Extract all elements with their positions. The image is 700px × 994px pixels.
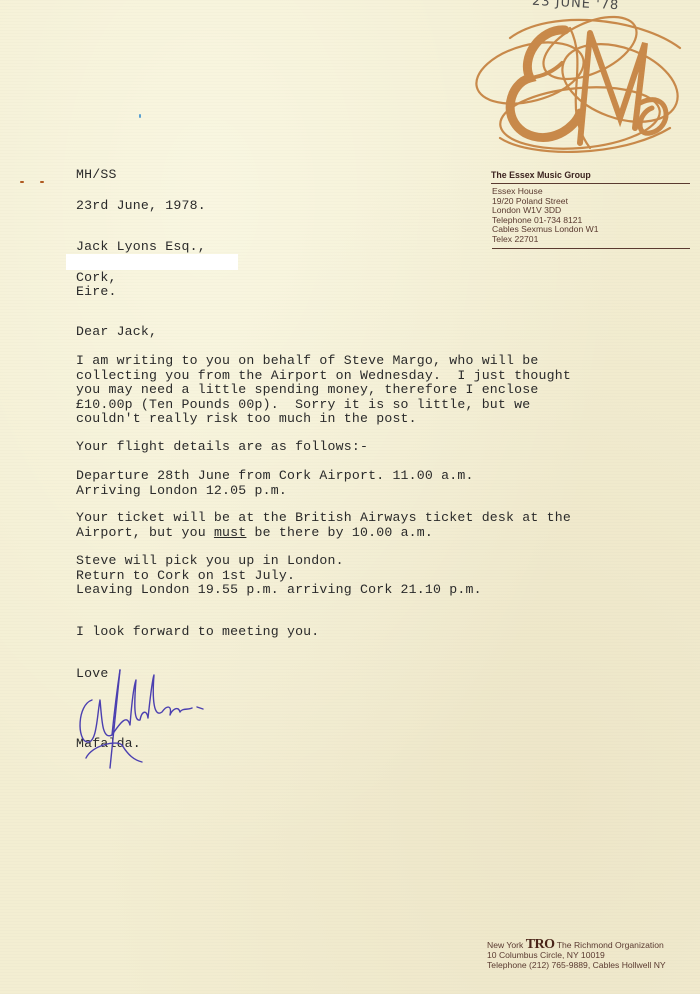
paragraph-intro: I am writing to you on behalf of Steve M… <box>76 354 571 427</box>
text-line: Arriving London 12.05 p.m. <box>76 484 474 499</box>
handwritten-signature <box>72 660 212 770</box>
text-line: Airport, but you must be there by 10.00 … <box>76 526 571 541</box>
text-segment: be there by 10.00 a.m. <box>246 525 433 540</box>
telex-line: Telex 22701 <box>492 235 690 245</box>
text-line: collecting you from the Airport on Wedne… <box>76 369 571 384</box>
text-segment: Airport, but you <box>76 525 214 540</box>
paper-mark <box>139 114 141 118</box>
text-line: Return to Cork on 1st July. <box>76 569 482 584</box>
text-line: you may need a little spending money, th… <box>76 383 571 398</box>
paragraph-return: Steve will pick you up in London. Return… <box>76 554 482 598</box>
footer-line: 10 Columbus Circle, NY 10019 <box>487 950 666 960</box>
text-line: Steve will pick you up in London. <box>76 554 482 569</box>
text-line: £10.00p (Ten Pounds 00p). Sorry it is so… <box>76 398 571 413</box>
letterhead-address-block: The Essex Music Group Essex House 19/20 … <box>492 170 690 249</box>
footer-org: The Richmond Organization <box>557 940 664 950</box>
paper-mark <box>40 181 44 183</box>
paragraph-closing: I look forward to meeting you. <box>76 625 319 640</box>
paragraph-flight-intro: Your flight details are as follows:- <box>76 440 368 455</box>
underlined-emphasis: must <box>214 525 246 540</box>
text-line: Departure 28th June from Cork Airport. 1… <box>76 469 474 484</box>
recipient-name: Jack Lyons Esq., <box>76 240 206 255</box>
paragraph-departure: Departure 28th June from Cork Airport. 1… <box>76 469 474 498</box>
footer-line: Telephone (212) 765-9889, Cables Hollwel… <box>487 960 666 970</box>
letter-date: 23rd June, 1978. <box>76 199 206 214</box>
recipient-country: Eire. <box>76 285 117 300</box>
footer-address-block: New York TRO The Richmond Organization 1… <box>487 940 666 970</box>
footer-city: New York <box>487 940 523 950</box>
text-line: I am writing to you on behalf of Steve M… <box>76 354 571 369</box>
paragraph-ticket: Your ticket will be at the British Airwa… <box>76 511 571 540</box>
paper-mark <box>20 181 24 183</box>
text-line: Your ticket will be at the British Airwa… <box>76 511 571 526</box>
text-line: Leaving London 19.55 p.m. arriving Cork … <box>76 583 482 598</box>
em-monogram-logo <box>470 8 695 163</box>
reference-code: MH/SS <box>76 168 117 183</box>
redacted-address <box>66 254 238 270</box>
salutation: Dear Jack, <box>76 325 157 340</box>
footer-line: New York TRO The Richmond Organization <box>487 940 666 950</box>
letterhead-divider <box>492 245 690 249</box>
text-line: couldn't really risk too much in the pos… <box>76 412 571 427</box>
company-name: The Essex Music Group <box>491 170 690 184</box>
